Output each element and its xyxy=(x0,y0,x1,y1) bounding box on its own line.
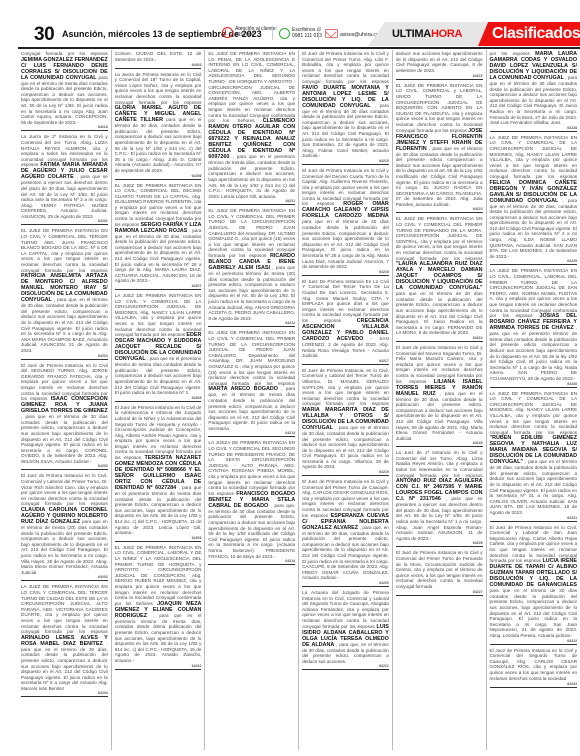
notice-code: 64227 xyxy=(396,590,483,594)
notice-body: , para que en el término de 30 días, con… xyxy=(21,641,108,691)
notice-intro: Conyugal formada por los esposos xyxy=(21,51,108,56)
notice-intro: EL JUEZ DE PRIMERA INSTANCIA EN LO PENAL… xyxy=(208,51,295,123)
edict-notice: EL JUEZ DE PRIMERA INSTANCIA EN LO CIVIL… xyxy=(115,182,202,291)
notice-intro: El Juez de Primera Instancia en lo Civil… xyxy=(21,473,108,506)
edict-notice: deducir sus acciones bajo apercibimiento… xyxy=(396,50,483,80)
notice-code: 64206 xyxy=(115,174,202,178)
edict-notice: LA JUEZ DE PRIMERA INSTANCIA EN LO CIVIL… xyxy=(21,583,108,697)
notice-body: , para que en el término de 30 días, con… xyxy=(490,459,578,515)
notice-intro: EL JUEZ DE PRIMERA INSTANCIA EN LO CIVIL… xyxy=(208,208,295,258)
column-5: deducir sus acciones bajo apercibimiento… xyxy=(393,50,487,750)
notice-code: 64202 xyxy=(21,575,108,579)
edict-notice: EL JUEZ DE PRIMERA INSTANCIA EN LO CIVIL… xyxy=(396,82,483,214)
notice-code: 64211 xyxy=(208,199,295,203)
notice-code: 64230 xyxy=(490,382,578,386)
notice-body: , para que en el perentorio término de t… xyxy=(208,265,295,321)
notice-parties: "LAURA ALEJANDRA RUIZ DIAZ AYALA Y MARCE… xyxy=(396,261,483,291)
divider xyxy=(318,26,319,40)
notice-code: 64208 xyxy=(115,396,202,400)
notice-code: 64207 xyxy=(115,284,202,288)
notice-code: 64221 xyxy=(302,664,389,668)
notice-intro: El Juez de Primera Instancia, en lo Civi… xyxy=(302,368,389,407)
brand-part1: ULTIMA xyxy=(392,28,431,40)
notice-code: 64233 xyxy=(490,682,578,686)
edict-notice: El Juez de Primera Instancia en lo Civil… xyxy=(302,167,389,276)
notice-code: 64228 xyxy=(490,126,578,130)
notice-parties: JEMIMA GONZALEZ FERNANDEZ C/ LUIS FERNAN… xyxy=(21,57,108,81)
notice-body: , para que, en el término de 30 días, co… xyxy=(302,525,389,581)
phone-icon xyxy=(222,27,233,38)
notice-body: , para que en el perentorio término de t… xyxy=(115,613,202,663)
notice-body: , para que en el término de 30 días cont… xyxy=(21,414,108,464)
notice-body: , para que, en término de 30 días contad… xyxy=(208,503,295,559)
notice-intro: El Juez de Primera Instancia en lo Civil… xyxy=(396,550,483,589)
edict-notice: El Juez de Primera Instancia en lo Civil… xyxy=(490,647,578,688)
notice-code: 64205 xyxy=(115,63,202,67)
notice-code: 64222 xyxy=(396,74,483,78)
notice-code: 64223 xyxy=(396,207,483,211)
notice-code: 64229 xyxy=(490,259,578,263)
edict-notice: El Juez de primera Instancia en lo Civil… xyxy=(396,344,483,447)
notice-body: para que en el término de 30 días contad… xyxy=(490,588,578,638)
notice-code: 64214 xyxy=(208,559,295,563)
edict-notice: El Juez De Primera Instancia En Lo Civil… xyxy=(302,278,389,365)
edict-notice: LA JUEZA DE PRIMERA INSTANCIA EN LO CIVI… xyxy=(208,439,295,565)
mail-icon xyxy=(325,29,338,38)
notice-code: 64212 xyxy=(208,321,295,325)
edict-notice: La Jueza de Primera Instancia en lo Civi… xyxy=(115,71,202,180)
column-3: EL JUEZ DE PRIMERA INSTANCIA EN LO PENAL… xyxy=(205,50,299,750)
notice-code: 64226 xyxy=(396,541,483,545)
notice-intro: LA JUEZ DE PRIMERA INSTANCIA EN LO CIVIL… xyxy=(490,391,578,435)
brand-part2: HORA xyxy=(431,28,462,40)
notice-intro: EL JUEZ DE PRIMERA INSTANCIA EN LO CIVIL… xyxy=(21,228,108,272)
edict-notice: LA JUEZ DE PRIMERA INSTANCIA EN LO CIVIL… xyxy=(115,292,202,402)
notice-intro: EL JUEZ DE PRIMERA INSTANCIA EN LO CIVIL… xyxy=(208,330,295,385)
notice-code: 64203 xyxy=(21,354,108,358)
notice-body: para que en el término de 30 días contad… xyxy=(302,219,389,269)
notice-body: , para que en el término de 30 días, con… xyxy=(490,198,578,259)
edict-notice: EL JUEZ DE PRIMERA INSTANCIA EN LO CIVIL… xyxy=(21,227,108,359)
notice-body: , para que en el término de 30 días, con… xyxy=(302,425,389,470)
notice-parties: ARINALDO LEMES ALVES y ROSA MABEL DIAZ B… xyxy=(21,635,108,647)
page-number: 30 xyxy=(34,24,54,46)
edict-notice: LA JUEZ DE PRIMERA INSTANCIA EN LO CIVIL… xyxy=(490,390,578,522)
edict-notice: La Juez de 1ª Instancia en lo Civil y Co… xyxy=(396,449,483,547)
notice-body: , para que en el término de 30 días cont… xyxy=(490,75,578,125)
notice-body: , para que en el perentorio término de t… xyxy=(208,154,295,199)
edict-notice: El Juez de Primera Instancia en lo Civil… xyxy=(490,524,578,645)
edict-notice: Colman. CIUDAD DEL ESTE, 12 de Setiembre… xyxy=(115,50,202,69)
notice-body: , para que se presenten a ejercer sus de… xyxy=(21,174,108,219)
edict-notice: La Actuaria del Juzgado de Primera Insta… xyxy=(302,589,389,670)
notice-code: 64220 xyxy=(302,581,389,585)
notice-code: 64210 xyxy=(115,664,202,668)
edict-notice: LA JUEZ DE PRIMERA INSTANCIA EN LO CIVIL… xyxy=(490,267,578,387)
notice-body: , para que, en el término de treinta día… xyxy=(208,386,295,431)
notice-code: 64219 xyxy=(302,470,389,474)
notice-code: 64224 xyxy=(396,336,483,340)
notice-intro: LA JUEZ DE PRIMERA INSTANCIA EN LO CIVIL… xyxy=(115,293,202,337)
notice-code: 64201 xyxy=(21,219,108,223)
edict-notice: Conyugal formada por los esposos JEMIMA … xyxy=(21,50,108,131)
notice-intro: El Juez de Primera Instancia en lo Civil… xyxy=(302,51,389,84)
notice-intro: El Juez de Primera Instancia en lo Civil… xyxy=(115,405,202,460)
edict-notice: EL JUEZ DE PRIMERA INSTANCIA EN LO PENAL… xyxy=(208,50,295,205)
notice-intro: EL JUEZ DE PRIMERA INSTANCIA EN LO CIVIL… xyxy=(115,545,202,606)
notice-code: 64231 xyxy=(490,516,578,520)
edict-notice: EL JUEZ DE PRIMERA INSTANCIA EN LO CIVIL… xyxy=(208,207,295,327)
column-6: por los esposos MARIA LAURA GAMARRA CODA… xyxy=(487,50,580,750)
notice-body: , para que en el término de 30 días, con… xyxy=(396,391,483,441)
notice-body: para que en el término de treinta (30) d… xyxy=(21,519,108,575)
notice-intro: La Juez de 1ª Instancia en lo Civil y Co… xyxy=(396,450,483,477)
divider xyxy=(272,26,273,40)
notice-intro: EL JUEZ DE PRIMERA INSTANCIA EN LO CIVIL… xyxy=(396,216,483,260)
notice-intro: LA JUEZA DE PRIMERA INSTANCIA EN LO CIVI… xyxy=(208,440,295,495)
notice-intro: LA JUEZ DE PRIMERA INSTANCIA EN LO CIVIL… xyxy=(490,268,578,318)
notice-intro: EL JUEZ DE PRIMERA INSTANCIA EN LO CIVIL… xyxy=(115,183,202,227)
edict-notice: EL JUEZ DE PRIMERA INSTANCIA EN LO CIVIL… xyxy=(115,544,202,670)
notice-intro: El Juez De Primera Instancia En Lo Civil… xyxy=(302,279,389,323)
notice-body: para que en el término de 30 días contad… xyxy=(396,291,483,335)
edict-notice: El Juez de Primera Instancia en lo Civil… xyxy=(21,472,108,581)
notice-body: , para que en el término de 30 días cont… xyxy=(302,103,389,159)
edict-notice: El Juez de Primera Instancia, en lo Civi… xyxy=(302,367,389,476)
notice-body: , para que en el perentorio término de t… xyxy=(115,356,202,395)
edict-notice: La Jueza de 1ª Instancia en lo Civil y C… xyxy=(21,133,108,225)
notice-code: 64225 xyxy=(396,441,483,445)
notice-code: 64213 xyxy=(208,431,295,435)
notice-body: , para que, en el término de 30 días, co… xyxy=(115,228,202,284)
edict-notice: EL JUEZ DE PRIMERA INSTANCIA EN LO CIVIL… xyxy=(208,329,295,437)
notice-body: para que en el término de 30 días, conta… xyxy=(115,117,202,173)
notice-body: , para que, en el término de 30 días, co… xyxy=(21,297,108,353)
notice-code: 64216 xyxy=(302,270,389,274)
notice-intro: deducir sus acciones bajo apercibimiento… xyxy=(396,51,483,73)
column-4: El Juez de Primera Instancia en lo Civil… xyxy=(299,50,393,750)
notice-intro: EL JUEZ DE PRIMERA INSTANCIA EN LO CIVIL… xyxy=(396,83,483,133)
edict-notice: El Juez de Primera Instancia en lo Civil… xyxy=(302,478,389,587)
edict-notice: por los esposos MARIA LAURA GAMARRA CODA… xyxy=(490,50,578,132)
brand-logo: ULTIMAHORA xyxy=(392,28,462,40)
notice-code: 64200 xyxy=(21,464,108,468)
header-rule xyxy=(18,47,580,49)
notice-code: 64218 xyxy=(21,125,108,129)
contact-value: 4157000 xyxy=(235,32,254,38)
edict-notice: El Juez de Primera Instancia en lo Civil… xyxy=(21,362,108,471)
notice-code: 64217 xyxy=(302,359,389,363)
edict-notice: EL JUEZ DE PRIMERA INSTANCIA EN LO CIVIL… xyxy=(396,215,483,342)
whatsapp-icon xyxy=(279,28,290,39)
section-title: Clasificados xyxy=(492,25,580,43)
notice-body: , para que se presenten a ejercer sus de… xyxy=(396,496,483,541)
notice-body: , para que en el perentorio término de t… xyxy=(490,325,578,381)
classifieds-columns: Conyugal formada por los esposos JEMIMA … xyxy=(18,50,580,750)
notice-code: 64209 xyxy=(115,536,202,540)
notice-code: 64215 xyxy=(302,159,389,163)
notice-intro: La Jueza de Primera Instancia en lo Civi… xyxy=(115,72,202,105)
notice-code: 64232 xyxy=(490,639,578,643)
notice-intro: LA JUEZ DE PRIMERA INSTANCIA EN LO CIVIL… xyxy=(21,584,108,634)
edict-notice: El Juez de Primera Instancia en lo Civil… xyxy=(302,50,389,165)
edict-notice: El Juez de Primera Instancia en lo Civil… xyxy=(396,549,483,596)
page-header: 30 Asunción, miércoles 13 de septiembre … xyxy=(0,22,580,46)
column-1: Conyugal formada por los esposos JEMIMA … xyxy=(18,50,112,750)
notice-code: 64204 xyxy=(21,691,108,695)
notice-intro: Colman. CIUDAD DEL ESTE, 12 de Setiembre… xyxy=(115,51,202,62)
notice-intro: LA JUEZ DE PRIMERA INSTANCIA EN LO CIVIL… xyxy=(490,135,578,179)
notice-body: , para que en el término de 30 días cont… xyxy=(396,146,483,207)
edict-notice: LA JUEZ DE PRIMERA INSTANCIA EN LO CIVIL… xyxy=(490,134,578,266)
notice-body: para que en el término de treinta días c… xyxy=(21,75,108,125)
notice-intro: por los esposos xyxy=(490,51,530,56)
notice-intro: El Juez de Primera Instancia en lo Civil… xyxy=(490,648,578,681)
edict-notice: El Juez de Primera Instancia en lo Civil… xyxy=(115,404,202,542)
column-2: Colman. CIUDAD DEL ESTE, 12 de Setiembre… xyxy=(112,50,206,750)
notice-body: , para que en el perentorio término de t… xyxy=(115,485,202,535)
